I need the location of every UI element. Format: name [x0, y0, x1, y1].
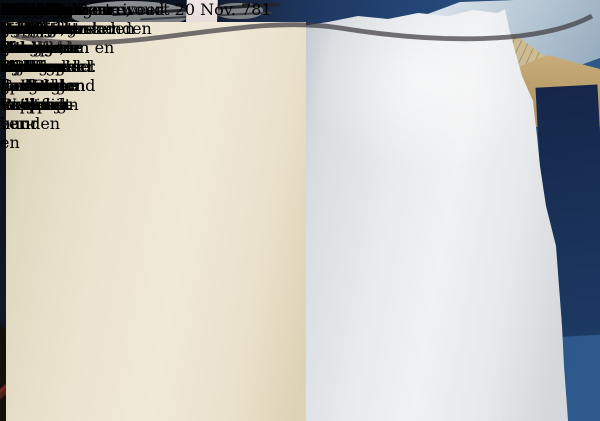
manuscript-photo: Christiaen De weerde Geest Raadt der Sta… — [0, 0, 600, 421]
signature-flourish-icon — [0, 0, 600, 56]
